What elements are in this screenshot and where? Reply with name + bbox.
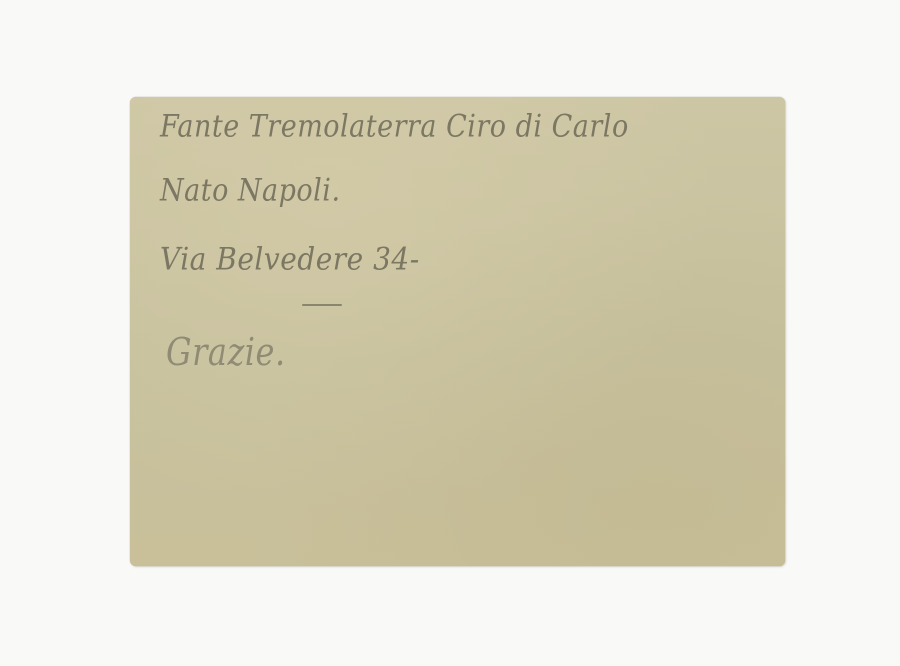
handwritten-line-address: Via Belvedere 34- [160,241,420,277]
separator-dash [302,304,342,306]
handwritten-line-name: Fante Tremolaterra Ciro di Carlo [160,109,629,145]
handwritten-line-thanks: Grazie. [166,329,286,375]
handwritten-card: Fante Tremolaterra Ciro di Carlo Nato Na… [130,97,785,566]
handwritten-line-birthplace: Nato Napoli. [160,173,341,209]
